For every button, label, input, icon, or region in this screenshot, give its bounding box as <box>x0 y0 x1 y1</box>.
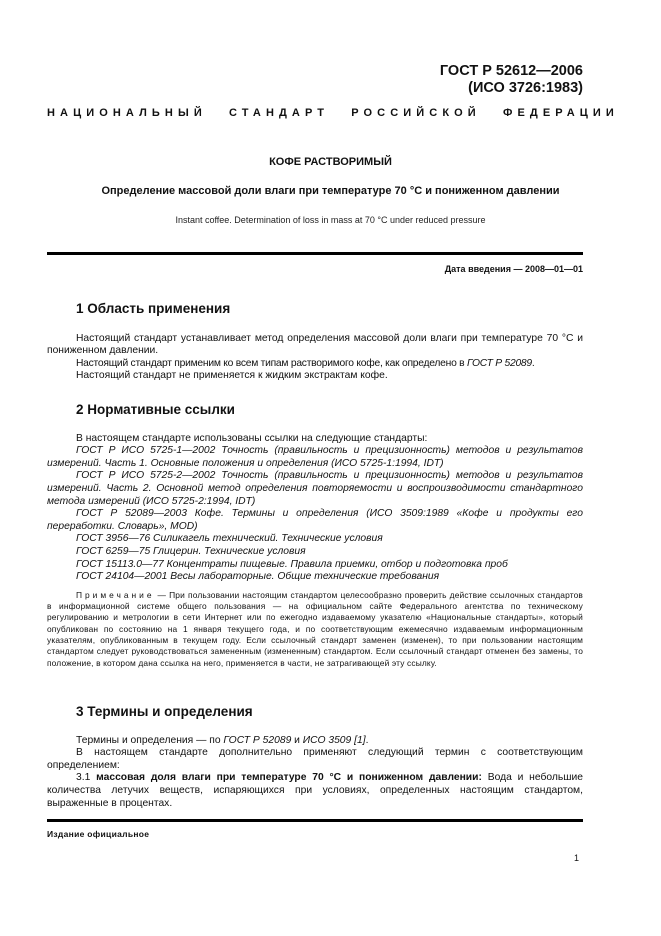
page-number: 1 <box>574 853 579 863</box>
normative-reference: ГОСТ 3956—76 Силикагель технический. Тех… <box>47 533 583 546</box>
normative-reference: ГОСТ 15113.0—77 Концентраты пищевые. Пра… <box>47 559 583 572</box>
introduction-date: Дата введения — 2008—01—01 <box>445 264 583 274</box>
section-1-heading: 1 Область применения <box>47 303 583 316</box>
national-standard-banner: НАЦИОНАЛЬНЫЙ СТАНДАРТ РОССИЙСКОЙ ФЕДЕРАЦ… <box>47 107 583 119</box>
official-edition-label: Издание официальное <box>47 829 149 839</box>
note-text: — При пользовании настоящим стандартом ц… <box>47 590 583 668</box>
reference-link: ИСО 3509 [1] <box>303 735 366 746</box>
note: Примечание — При пользовании настоящим с… <box>47 590 583 669</box>
document-code-block: ГОСТ Р 52612—2006 (ИСО 3726:1983) <box>440 63 583 97</box>
term: массовая доля влаги при температуре 70 °… <box>96 772 482 783</box>
iso-code: (ИСО 3726:1983) <box>440 80 583 97</box>
section-1-paragraph: Настоящий стандарт устанавливает метод о… <box>47 333 583 358</box>
section-1-paragraph: Настоящий стандарт не применяется к жидк… <box>47 370 583 383</box>
normative-reference: ГОСТ Р 52089—2003 Кофе. Термины и опреде… <box>47 508 583 533</box>
normative-reference: ГОСТ 24104—2001 Весы лабораторные. Общие… <box>47 571 583 584</box>
document-title: КОФЕ РАСТВОРИМЫЙ <box>0 156 661 168</box>
section-2-intro: В настоящем стандарте использованы ссылк… <box>47 433 583 446</box>
reference-link: ГОСТ Р 52089 <box>467 358 532 369</box>
top-divider <box>47 252 583 255</box>
section-2: 2 Нормативные ссылки В настоящем стандар… <box>47 404 583 669</box>
section-1-paragraph: Настоящий стандарт применим ко всем типа… <box>47 358 583 371</box>
term-definition: 3.1 массовая доля влаги при температуре … <box>47 772 583 810</box>
bottom-divider <box>47 819 583 822</box>
english-title: Instant coffee. Determination of loss in… <box>0 215 661 225</box>
section-2-heading: 2 Нормативные ссылки <box>47 404 583 417</box>
section-1: 1 Область применения Настоящий стандарт … <box>47 303 583 383</box>
gost-code: ГОСТ Р 52612—2006 <box>440 63 583 80</box>
normative-reference: ГОСТ 6259—75 Глицерин. Технические услов… <box>47 546 583 559</box>
normative-reference: ГОСТ Р ИСО 5725-2—2002 Точность (правиль… <box>47 470 583 508</box>
reference-link: ГОСТ Р 52089 <box>223 735 291 746</box>
normative-reference: ГОСТ Р ИСО 5725-1—2002 Точность (правиль… <box>47 445 583 470</box>
section-3-heading: 3 Термины и определения <box>47 706 583 719</box>
section-3: 3 Термины и определения Термины и опреде… <box>47 706 583 810</box>
section-3-paragraph: Термины и определения — по ГОСТ Р 52089 … <box>47 735 583 748</box>
document-subtitle: Определение массовой доли влаги при темп… <box>0 185 661 197</box>
note-label: Примечание <box>76 590 154 600</box>
section-3-paragraph: В настоящем стандарте дополнительно прим… <box>47 747 583 772</box>
